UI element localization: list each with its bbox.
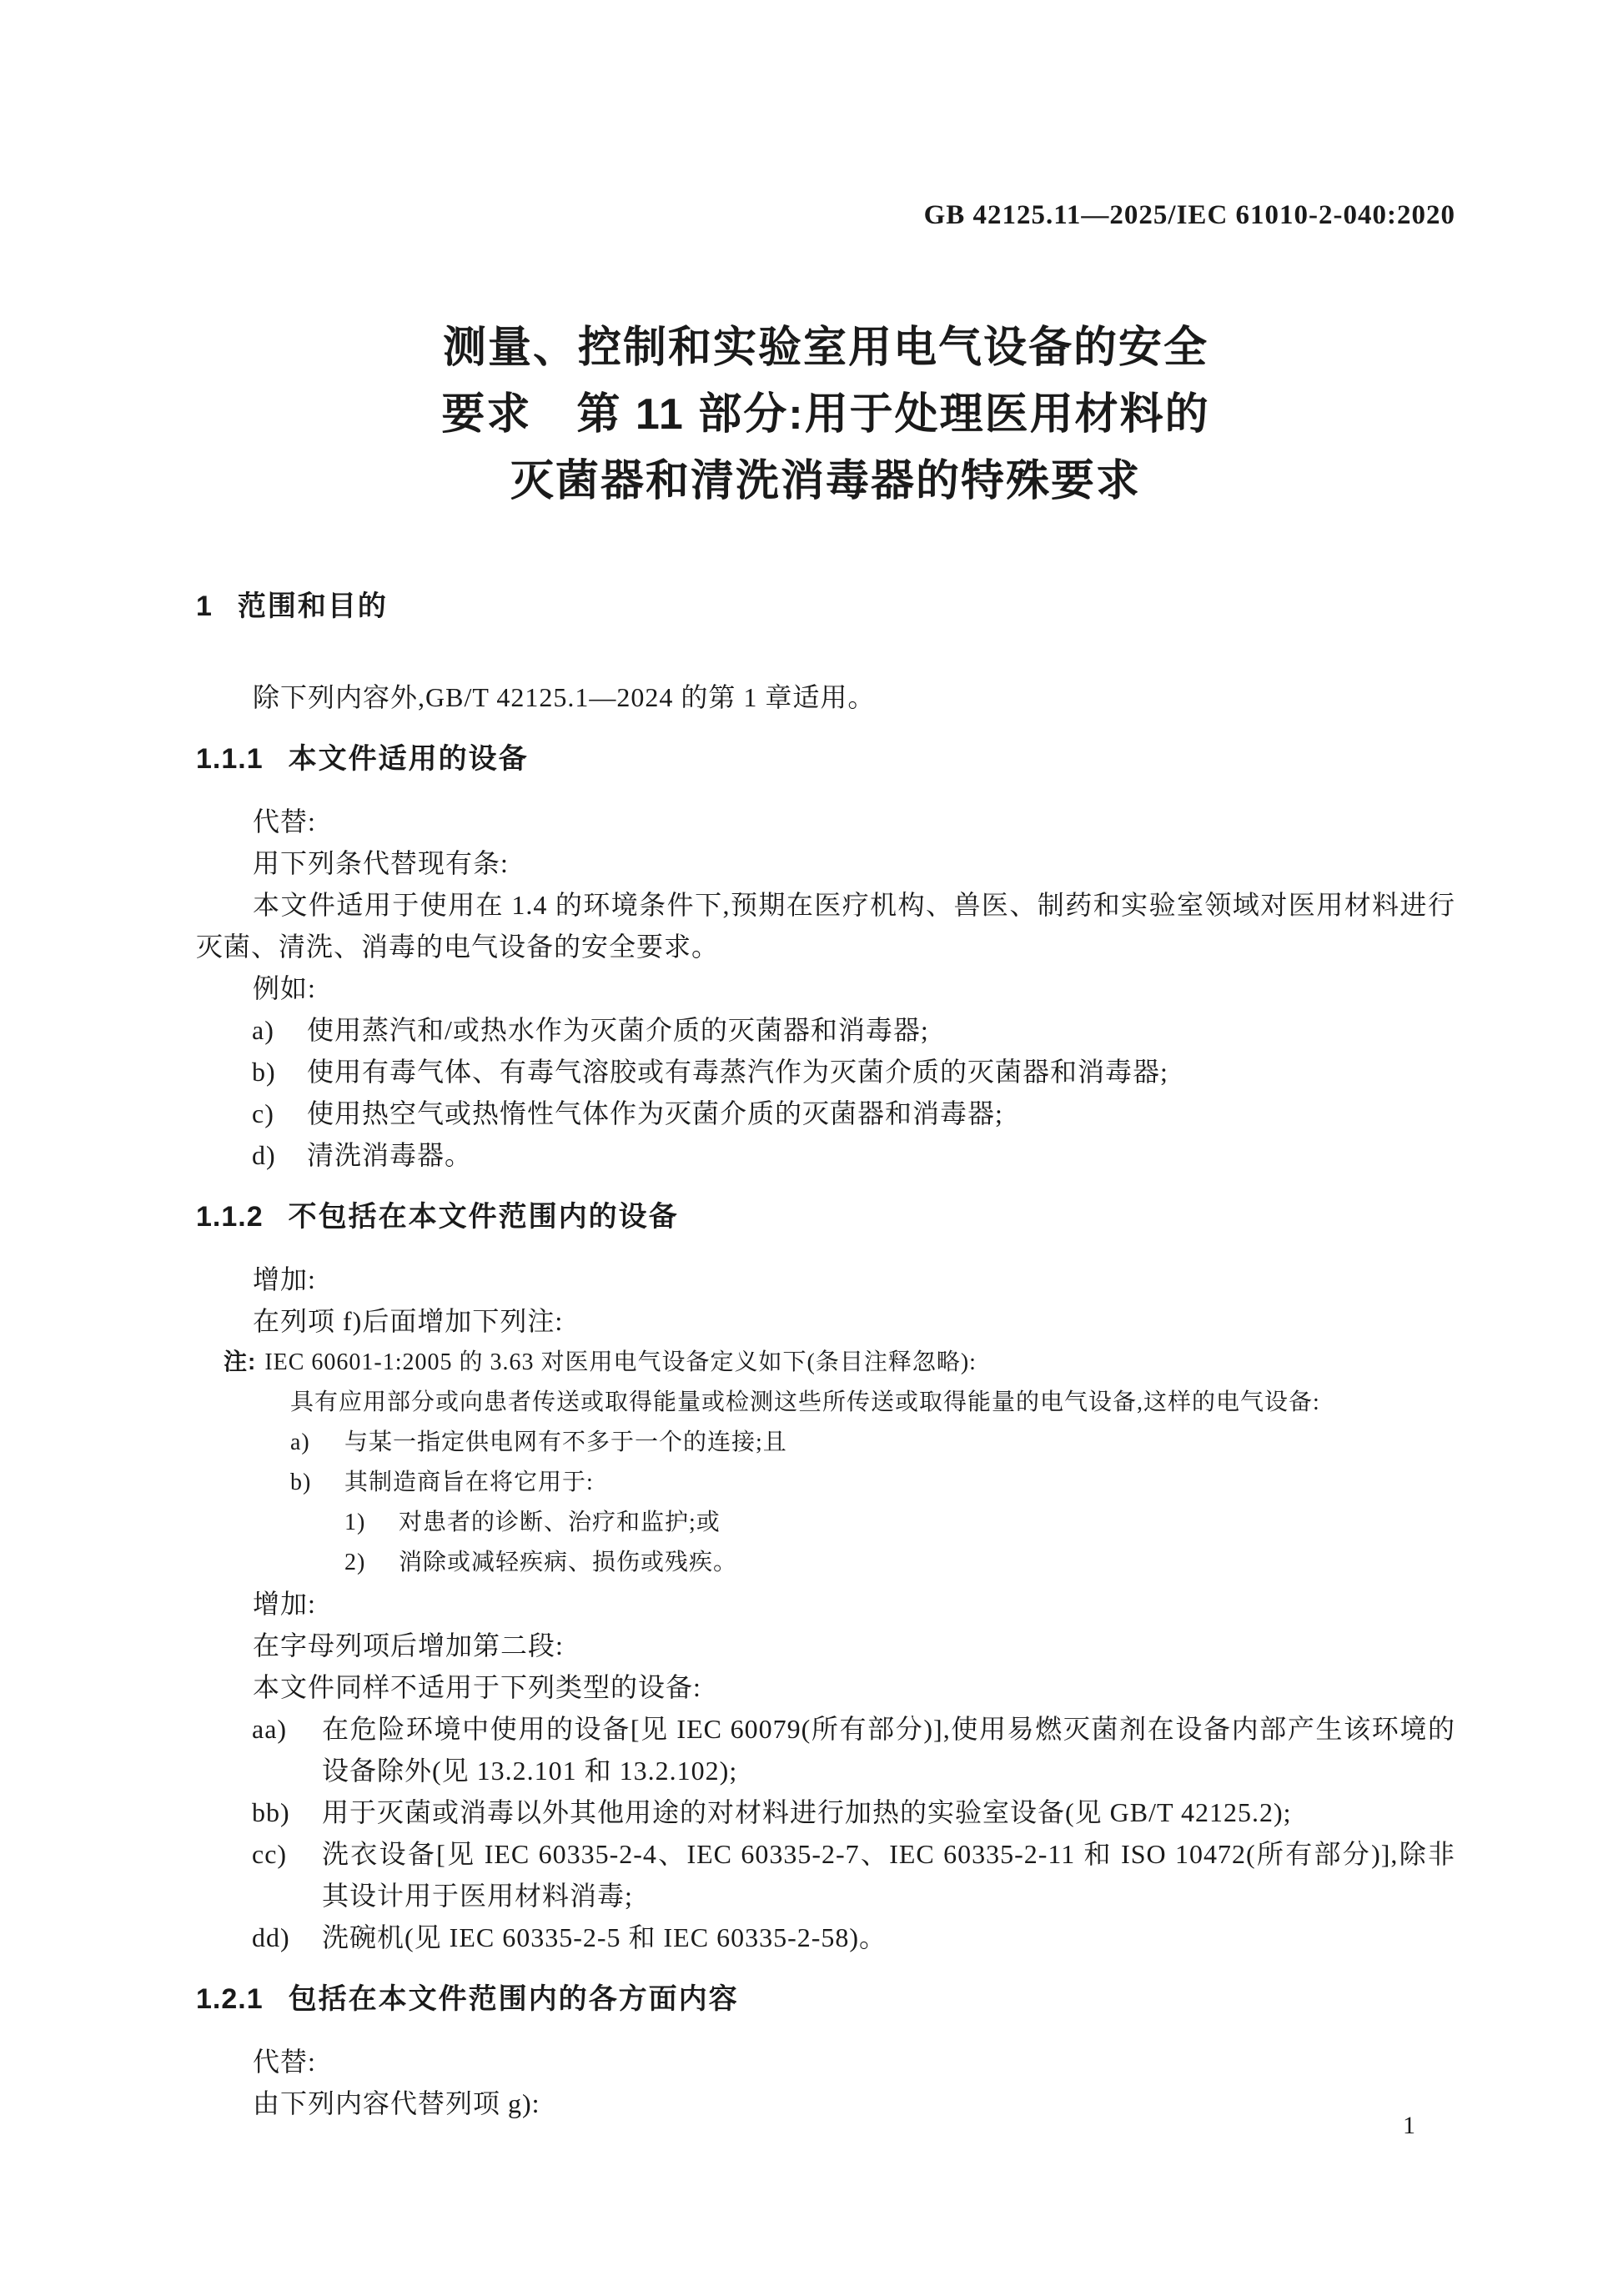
heading-number: 1.1.1 — [196, 743, 264, 775]
list-item-text: 与某一指定供电网有不多于一个的连接;且 — [344, 1429, 787, 1455]
list-item-marker: a) — [252, 1009, 274, 1051]
list-item-b: b)使用有毒气体、有毒气溶胶或有毒蒸汽作为灭菌介质的灭菌器和消毒器; — [196, 1051, 1455, 1093]
list-item-marker: cc) — [252, 1833, 287, 1875]
list-item-cc: cc)洗衣设备[见 IEC 60335-2-4、IEC 60335-2-7、IE… — [196, 1833, 1455, 1917]
list-item-aa: aa)在危险环境中使用的设备[见 IEC 60079(所有部分)],使用易燃灭菌… — [196, 1708, 1455, 1791]
list-item-text: 洗碗机(见 IEC 60335-2-5 和 IEC 60335-2-58)。 — [322, 1922, 887, 1952]
list-item-marker: b) — [252, 1051, 276, 1093]
list-item-marker: a) — [290, 1423, 310, 1463]
list-item-text: 清洗消毒器。 — [307, 1140, 472, 1170]
note-text: IEC 60601-1:2005 的 3.63 对医用电气设备定义如下(条目注释… — [264, 1349, 977, 1375]
list-item-marker: 2) — [344, 1543, 365, 1583]
heading-text: 不包括在本文件范围内的设备 — [289, 1201, 679, 1233]
list-item-2: 2)消除或减轻疾病、损伤或残疾。 — [196, 1543, 1455, 1583]
document-page: GB 42125.11—2025/IEC 61010-2-040:2020 测量… — [0, 0, 1623, 2296]
list-item-text: 对患者的诊断、治疗和监护;或 — [399, 1510, 721, 1535]
section-heading-1: 1范围和目的 — [196, 585, 1455, 627]
heading-number: 1 — [196, 590, 213, 622]
section-heading-1-1-1: 1.1.1本文件适用的设备 — [196, 738, 1455, 780]
title-line-1: 测量、控制和实验室用电气设备的安全 — [196, 314, 1455, 381]
list-item-marker: c) — [252, 1093, 274, 1134]
standard-code: GB 42125.11—2025/IEC 61010-2-040:2020 — [196, 200, 1455, 230]
paragraph: 代替: — [196, 2041, 1455, 2082]
paragraph: 例如: — [196, 967, 1455, 1009]
paragraph: 本文件同样不适用于下列类型的设备: — [196, 1666, 1455, 1708]
heading-text: 包括在本文件范围内的各方面内容 — [289, 1983, 739, 2015]
paragraph: 增加: — [196, 1259, 1455, 1300]
list-item-bb: bb)用于灭菌或消毒以外其他用途的对材料进行加热的实验室设备(见 GB/T 42… — [196, 1791, 1455, 1833]
title-line-3: 灭菌器和清洗消毒器的特殊要求 — [196, 448, 1455, 515]
section-heading-1-2-1: 1.2.1包括在本文件范围内的各方面内容 — [196, 1978, 1455, 2020]
list-item-a: a)与某一指定供电网有不多于一个的连接;且 — [196, 1423, 1455, 1463]
list-item-b: b)其制造商旨在将它用于: — [196, 1463, 1455, 1503]
list-item-marker: aa) — [252, 1708, 287, 1750]
list-item-1: 1)对患者的诊断、治疗和监护;或 — [196, 1503, 1455, 1543]
list-item-a: a)使用蒸汽和/或热水作为灭菌介质的灭菌器和消毒器; — [196, 1009, 1455, 1051]
title-line-2: 要求 第 11 部分:用于处理医用材料的 — [196, 381, 1455, 448]
heading-number: 1.1.2 — [196, 1201, 264, 1233]
paragraph: 用下列条代替现有条: — [196, 842, 1455, 884]
page-number: 1 — [1403, 2112, 1415, 2140]
heading-text: 范围和目的 — [238, 590, 388, 622]
document-content: 1范围和目的除下列内容外,GB/T 42125.1—2024 的第 1 章适用。… — [196, 585, 1455, 2124]
list-item-dd: dd)洗碗机(见 IEC 60335-2-5 和 IEC 60335-2-58)… — [196, 1917, 1455, 1958]
paragraph: 增加: — [196, 1583, 1455, 1625]
paragraph: 由下列内容代替列项 g): — [196, 2082, 1455, 2124]
paragraph: 除下列内容外,GB/T 42125.1—2024 的第 1 章适用。 — [196, 676, 1455, 718]
list-item-d: d)清洗消毒器。 — [196, 1134, 1455, 1176]
section-heading-1-1-2: 1.1.2不包括在本文件范围内的设备 — [196, 1196, 1455, 1238]
list-item-c: c)使用热空气或热惰性气体作为灭菌介质的灭菌器和消毒器; — [196, 1093, 1455, 1134]
heading-text: 本文件适用的设备 — [289, 743, 529, 775]
list-item-text: 使用蒸汽和/或热水作为灭菌介质的灭菌器和消毒器; — [307, 1015, 929, 1045]
heading-number: 1.2.1 — [196, 1983, 264, 2015]
paragraph: 本文件适用于使用在 1.4 的环境条件下,预期在医疗机构、兽医、制药和实验室领域… — [196, 884, 1455, 967]
document-title: 测量、控制和实验室用电气设备的安全 要求 第 11 部分:用于处理医用材料的 灭… — [196, 314, 1455, 515]
list-item-marker: 1) — [344, 1503, 365, 1543]
list-item-marker: b) — [290, 1463, 311, 1503]
list-item-text: 使用有毒气体、有毒气溶胶或有毒蒸汽作为灭菌介质的灭菌器和消毒器; — [307, 1057, 1168, 1087]
list-item-text: 洗衣设备[见 IEC 60335-2-4、IEC 60335-2-7、IEC 6… — [322, 1839, 1455, 1911]
list-item-marker: dd) — [252, 1917, 290, 1958]
paragraph: 具有应用部分或向患者传送或取得能量或检测这些所传送或取得能量的电气设备,这样的电… — [196, 1383, 1455, 1423]
list-item-text: 用于灭菌或消毒以外其他用途的对材料进行加热的实验室设备(见 GB/T 42125… — [322, 1797, 1292, 1827]
paragraph: 在字母列项后增加第二段: — [196, 1625, 1455, 1666]
list-item-text: 在危险环境中使用的设备[见 IEC 60079(所有部分)],使用易燃灭菌剂在设… — [322, 1714, 1455, 1786]
list-item-text: 消除或减轻疾病、损伤或残疾。 — [399, 1550, 737, 1575]
paragraph: 代替: — [196, 801, 1455, 842]
list-item-marker: bb) — [252, 1791, 290, 1833]
note-block: 注:IEC 60601-1:2005 的 3.63 对医用电气设备定义如下(条目… — [196, 1342, 1455, 1383]
list-item-text: 使用热空气或热惰性气体作为灭菌介质的灭菌器和消毒器; — [307, 1098, 1003, 1128]
paragraph: 在列项 f)后面增加下列注: — [196, 1300, 1455, 1342]
list-item-text: 其制造商旨在将它用于: — [344, 1470, 594, 1495]
list-item-marker: d) — [252, 1134, 276, 1176]
note-label: 注: — [224, 1349, 256, 1374]
